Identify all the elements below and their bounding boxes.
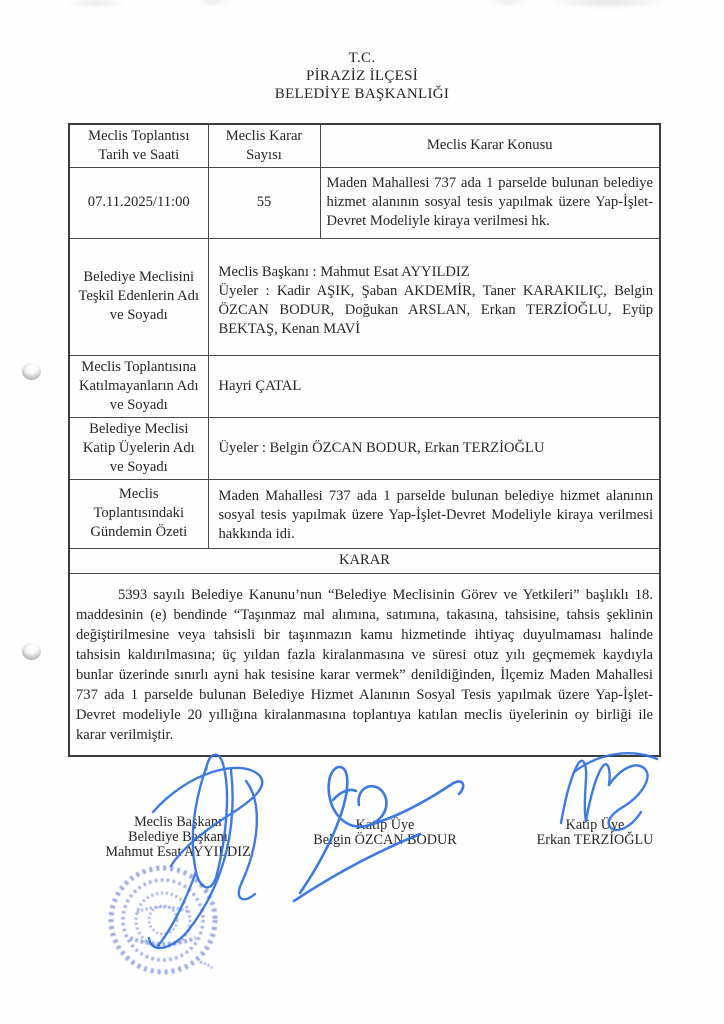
row-label: Belediye Meclisi Katip Üyelerin Adı ve S… [69,417,208,479]
row-value: Meclis Başkanı : Mahmut Esat AYYILDIZ Üy… [208,238,660,355]
karar-body-cell: 5393 sayılı Belediye Kanunu’nun “Belediy… [69,573,660,756]
decision-date: 07.11.2025/11:00 [69,167,208,238]
members-chairman: Meclis Başkanı : Mahmut Esat AYYILDIZ [215,263,654,282]
karar-header-row: KARAR [69,548,660,573]
header-tc: T.C. [0,49,724,67]
chairman-name: Mahmut Esat AYYILDIZ [88,845,268,860]
scan-artifact [548,0,668,8]
signature-block-clerk2: Katip Üye Erkan TERZİOĞLU [510,818,680,848]
punch-hole-shadow [22,363,41,380]
col-header-date: Meclis Toplantısı Tarih ve Saati [69,124,208,167]
row-label: Meclis Toplantısına Katılmayanların Adı … [69,355,208,417]
col-header-subject: Meclis Karar Konusu [320,124,660,167]
table-row-agenda: Meclis Toplantısındaki Gündemin Özeti Ma… [69,479,660,548]
row-label: Belediye Meclisini Teşkil Edenlerin Adı … [69,238,208,355]
row-value: Maden Mahallesi 737 ada 1 parselde bulun… [208,479,660,548]
decision-subject: Maden Mahallesi 737 ada 1 parselde bulun… [320,167,660,238]
table-row-clerks: Belediye Meclisi Katip Üyelerin Adı ve S… [69,417,660,479]
karar-text: 5393 sayılı Belediye Kanunu’nun “Belediy… [76,585,653,745]
row-label: Meclis Toplantısındaki Gündemin Özeti [69,479,208,548]
members-list: Üyeler : Kadir AŞIK, Şaban AKDEMİR, Tane… [215,282,654,339]
scan-artifact [196,0,230,6]
document-header: T.C. PİRAZİZ İLÇESİ BELEDİYE BAŞKANLIĞI [0,49,724,103]
row-value: Üyeler : Belgin ÖZCAN BODUR, Erkan TERZİ… [208,417,660,479]
decision-table: Meclis Toplantısı Tarih ve Saati Meclis … [68,123,661,757]
scanned-council-decision-document: T.C. PİRAZİZ İLÇESİ BELEDİYE BAŞKANLIĞI … [0,0,724,1024]
table-row-members: Belediye Meclisini Teşkil Edenlerin Adı … [69,238,660,355]
clerk1-title: Katip Üye [300,818,470,833]
agenda-summary: Maden Mahallesi 737 ada 1 parselde bulun… [215,487,654,544]
chairman-title1: Meclis Başkanı [88,815,268,830]
karar-title: KARAR [69,548,660,573]
clerk2-name: Erkan TERZİOĞLU [510,833,680,848]
col-header-number: Meclis Karar Sayısı [208,124,320,167]
table-row-absent: Meclis Toplantısına Katılmayanların Adı … [69,355,660,417]
clerk1-name: Belgin ÖZCAN BODUR [300,833,470,848]
header-municipality: BELEDİYE BAŞKANLIĞI [0,85,724,103]
absent-member: Hayri ÇATAL [215,377,654,396]
clerk2-title: Katip Üye [510,818,680,833]
official-stamp-icon [111,868,215,972]
signature-block-chairman: Meclis Başkanı Belediye Başkanı Mahmut E… [88,815,268,860]
table-header-row: Meclis Toplantısı Tarih ve Saati Meclis … [69,124,660,167]
decision-number: 55 [208,167,320,238]
decision-row: 07.11.2025/11:00 55 Maden Mahallesi 737 … [69,167,660,238]
punch-hole-shadow [22,643,41,660]
clerk-members: Üyeler : Belgin ÖZCAN BODUR, Erkan TERZİ… [215,439,654,458]
row-value: Hayri ÇATAL [208,355,660,417]
scan-artifact [66,0,126,8]
chairman-title2: Belediye Başkanı [88,830,268,845]
signature-block-clerk1: Katip Üye Belgin ÖZCAN BODUR [300,818,470,848]
header-district: PİRAZİZ İLÇESİ [0,67,724,85]
karar-body-row: 5393 sayılı Belediye Kanunu’nun “Belediy… [69,573,660,756]
scan-artifact [488,0,528,6]
